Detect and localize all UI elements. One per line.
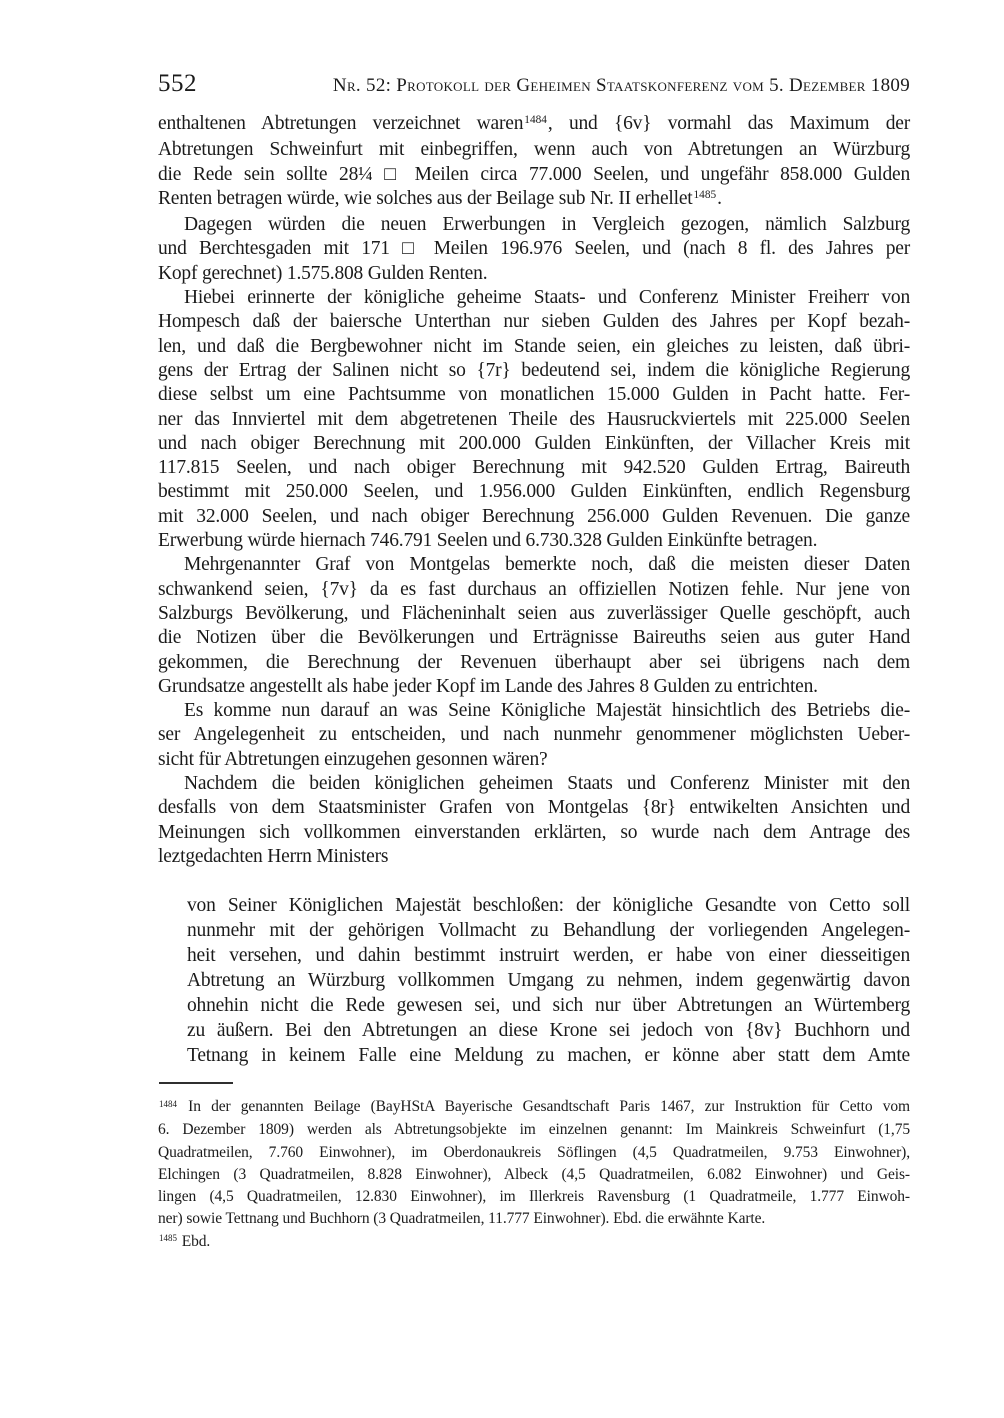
footnote-reference: 1485	[158, 1233, 178, 1243]
text-line: lingen (4,5 Quadratmeilen, 12.830 Einwoh…	[158, 1186, 910, 1208]
running-header: Nr. 52: Protokoll der Geheimen Staatskon…	[333, 75, 910, 97]
block-quote: von Seiner Königlichen Majestät beschloß…	[158, 893, 910, 1068]
text-line: zu äußern. Bei den Abtretungen an diese …	[187, 1018, 910, 1043]
text-line: Erwerbung würde hiernach 746.791 Seelen …	[158, 529, 910, 553]
paragraph: Es komme nun darauf an was Seine Königli…	[158, 699, 910, 772]
text-line: ser Angelegenheit zu entscheiden, und na…	[158, 723, 910, 747]
page: 552 Nr. 52: Protokoll der Geheimen Staat…	[0, 0, 1004, 1418]
footnote: 1485 Ebd.	[158, 1231, 910, 1254]
text-line: Kopf gerechnet) 1.575.808 Gulden Renten.	[158, 262, 910, 286]
text-line: Hompesch daß der baiersche Unterthan nur…	[158, 310, 910, 334]
text-line: diese selbst um eine Pachtsumme von mona…	[158, 383, 910, 407]
footnote-reference: 1485	[693, 189, 718, 201]
text-line: Abtretung an Würzburg vollkommen Umgang …	[187, 968, 910, 993]
text-line: Renten betragen würde, wie solches aus d…	[158, 187, 910, 213]
footnote-divider	[159, 1082, 233, 1084]
text-line: bestimmt mit 250.000 Seelen, und 1.956.0…	[158, 480, 910, 504]
text-line: Salzburgs Bevölkerung, und Flächeninhalt…	[158, 602, 910, 626]
text-line: Meinungen sich vollkommen einverstanden …	[158, 821, 910, 845]
text-line: von Seiner Königlichen Majestät beschloß…	[187, 893, 910, 918]
text-line: len, und daß die Bergbewohner nicht im S…	[158, 335, 910, 359]
text-line: die Rede sein sollte 28¼ □ Meilen circa …	[158, 163, 910, 187]
text-line: 1485 Ebd.	[158, 1231, 910, 1254]
text-line: gekommen, die Berechnung der Revenuen üb…	[158, 651, 910, 675]
text-line: Hiebei erinnerte der königliche geheime …	[158, 286, 910, 310]
text-line: Quadratmeilen, 7.760 Einwohner), im Ober…	[158, 1142, 910, 1164]
text-line: Mehrgenannter Graf von Montgelas bemerkt…	[158, 553, 910, 577]
paragraph: enthaltenen Abtretungen verzeichnet ware…	[158, 112, 910, 213]
text-line: die Notizen über die Bevölkerungen und E…	[158, 626, 910, 650]
footnote: 1484 In der genannten Beilage (BayHStA B…	[158, 1096, 910, 1231]
text-line: ner das Innviertel mit dem abgetretenen …	[158, 408, 910, 432]
text-line: 1484 In der genannten Beilage (BayHStA B…	[158, 1096, 910, 1119]
text-line: Abtretungen Schweinfurt mit einbegriffen…	[158, 138, 910, 162]
paragraph: Nachdem die beiden königlichen geheimen …	[158, 772, 910, 869]
footnotes: 1484 In der genannten Beilage (BayHStA B…	[158, 1096, 910, 1254]
text-line: heit versehen, und dahin bestimmt instru…	[187, 943, 910, 968]
footnote-reference: 1484	[523, 114, 548, 126]
text-line: gens der Ertrag der Salinen nicht so {7r…	[158, 359, 910, 383]
paragraph: Dagegen würden die neuen Erwerbungen in …	[158, 213, 910, 286]
paragraph: Mehrgenannter Graf von Montgelas bemerkt…	[158, 553, 910, 699]
text-line: enthaltenen Abtretungen verzeichnet ware…	[158, 112, 910, 138]
text-line: 6. Dezember 1809) werden als Abtretungso…	[158, 1119, 910, 1141]
text-line: leztgedachten Herrn Ministers	[158, 845, 910, 869]
text-line: Es komme nun darauf an was Seine Königli…	[158, 699, 910, 723]
footnote-reference: 1484	[158, 1099, 178, 1109]
text-line: Nachdem die beiden königlichen geheimen …	[158, 772, 910, 796]
text-line: schwankend seien, {7v} da es fast durcha…	[158, 578, 910, 602]
text-line: Grundsatze angestellt als habe jeder Kop…	[158, 675, 910, 699]
text-line: Tetnang in keinem Falle eine Meldung zu …	[187, 1043, 910, 1068]
text-line: sicht für Abtretungen einzugehen gesonne…	[158, 748, 910, 772]
text-line: desfalls von dem Staatsminister Grafen v…	[158, 796, 910, 820]
paragraph: Hiebei erinnerte der königliche geheime …	[158, 286, 910, 553]
text-line: 117.815 Seelen, und nach obiger Berechnu…	[158, 456, 910, 480]
text-line: Dagegen würden die neuen Erwerbungen in …	[158, 213, 910, 237]
text-line: und Berchtesgaden mit 171 □ Meilen 196.9…	[158, 237, 910, 261]
text-line: und nach obiger Berechnung mit 200.000 G…	[158, 432, 910, 456]
text-line: mit 32.000 Seelen, und nach obiger Berec…	[158, 505, 910, 529]
text-line: ner) sowie Tettnang und Buchhorn (3 Quad…	[158, 1208, 910, 1230]
page-number: 552	[158, 70, 197, 98]
running-header-row: 552 Nr. 52: Protokoll der Geheimen Staat…	[158, 70, 910, 98]
text-line: ohnehin nicht die Rede gewesen sei, und …	[187, 993, 910, 1018]
text-line: Elchingen (3 Quadratmeilen, 8.828 Einwoh…	[158, 1164, 910, 1186]
body-text: enthaltenen Abtretungen verzeichnet ware…	[158, 112, 910, 1068]
text-line: nunmehr mit der gehörigen Vollmacht zu B…	[187, 918, 910, 943]
